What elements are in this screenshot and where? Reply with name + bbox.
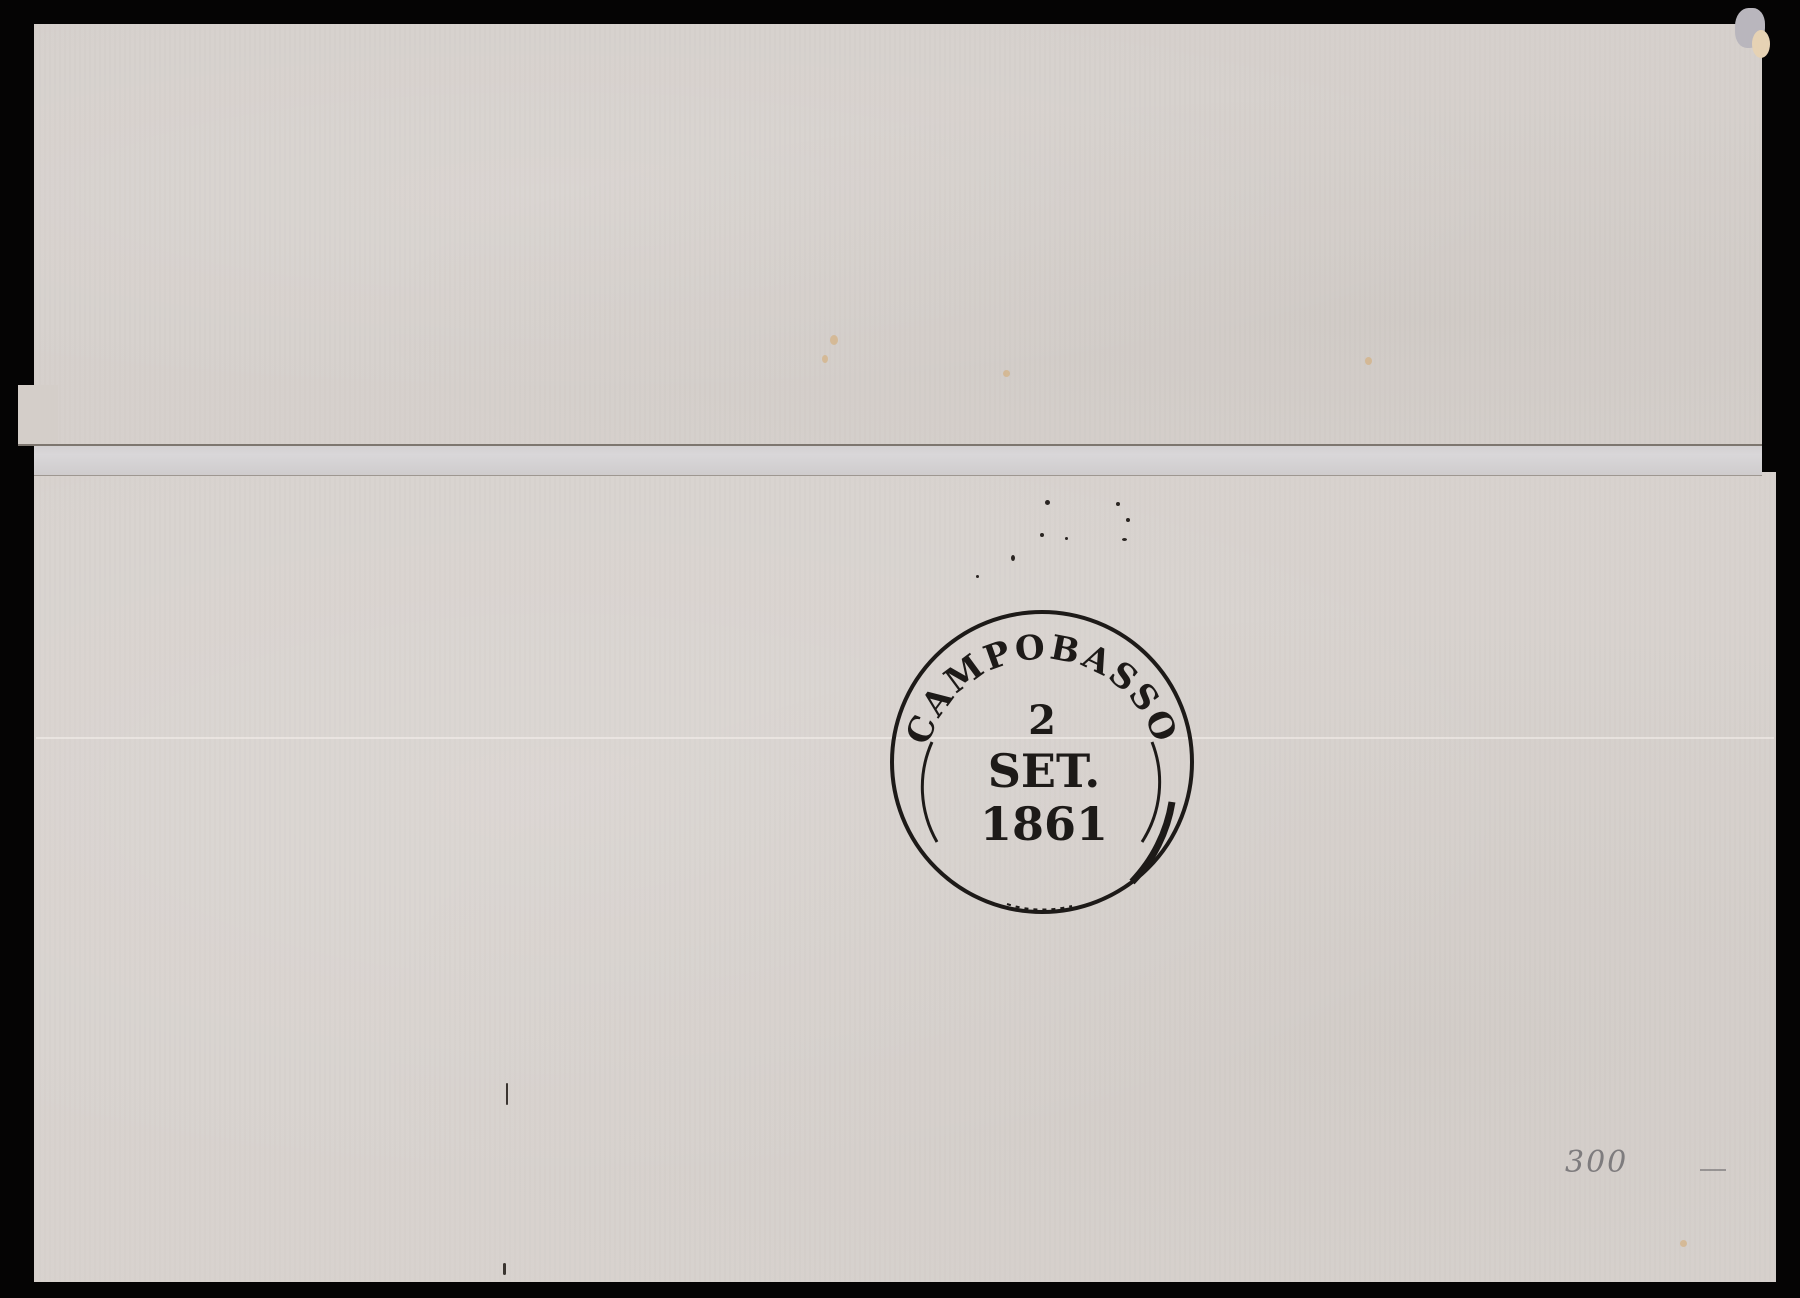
pencil-price-note: 300 <box>1565 1145 1628 1180</box>
pencil-dash <box>1700 1169 1726 1171</box>
pencil-mark <box>506 1083 508 1105</box>
cover-upper-flap <box>34 24 1762 446</box>
foxing-stain <box>830 335 838 345</box>
upper-flap-corner <box>18 385 58 446</box>
postmark-year: 1861 <box>980 797 1108 851</box>
pencil-mark <box>503 1263 506 1275</box>
postmark-day: 2 <box>1028 697 1056 744</box>
foxing-stain <box>1003 370 1010 377</box>
foxing-stain <box>1680 1240 1687 1247</box>
corner-stain <box>1752 30 1770 58</box>
campobasso-postmark: CAMPOBASSO 2 SET. 1861 <box>872 592 1212 932</box>
foxing-stain <box>1365 357 1372 365</box>
postmark-month: SET. <box>988 744 1101 798</box>
foxing-stain <box>822 355 828 363</box>
